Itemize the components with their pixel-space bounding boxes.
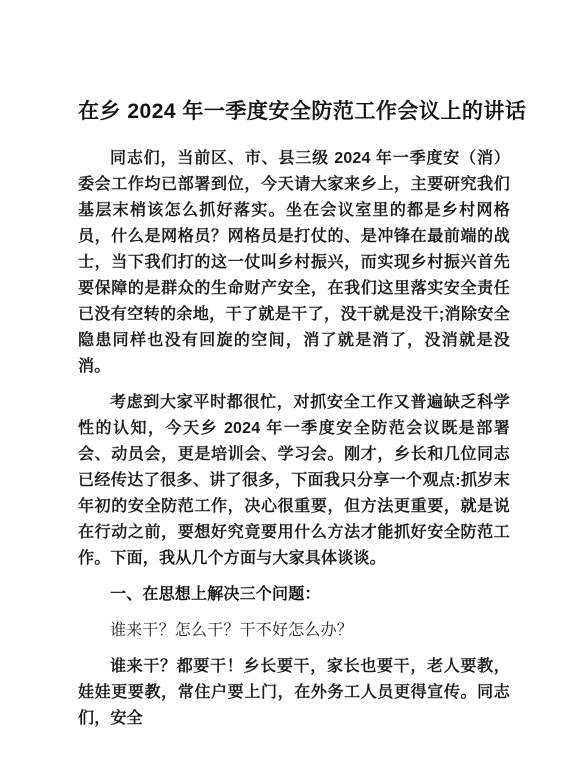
paragraph-questions: 谁来干？怎么干？干不好怎么办？ <box>78 618 510 644</box>
paragraph-intro: 同志们，当前区、市、县三级 2024 年一季度安（消）委会工作均已部署到位，今天… <box>78 146 510 380</box>
document-title: 在乡 2024 年一季度安全防范工作会议上的讲话 <box>78 98 510 125</box>
document-page: 在乡 2024 年一季度安全防范工作会议上的讲话 同志们，当前区、市、县三级 2… <box>0 0 586 759</box>
paragraph-context: 考虑到大家平时都很忙，对抓安全工作又普遍缺乏科学性的认知，今天乡 2024 年一… <box>78 390 510 572</box>
section-heading-one: 一、在思想上解决三个问题： <box>78 582 510 608</box>
paragraph-who-does: 谁来干？都要干！乡长要干，家长也要干，老人要教，娃娃更要教，常住户要上门，在外务… <box>78 654 510 732</box>
